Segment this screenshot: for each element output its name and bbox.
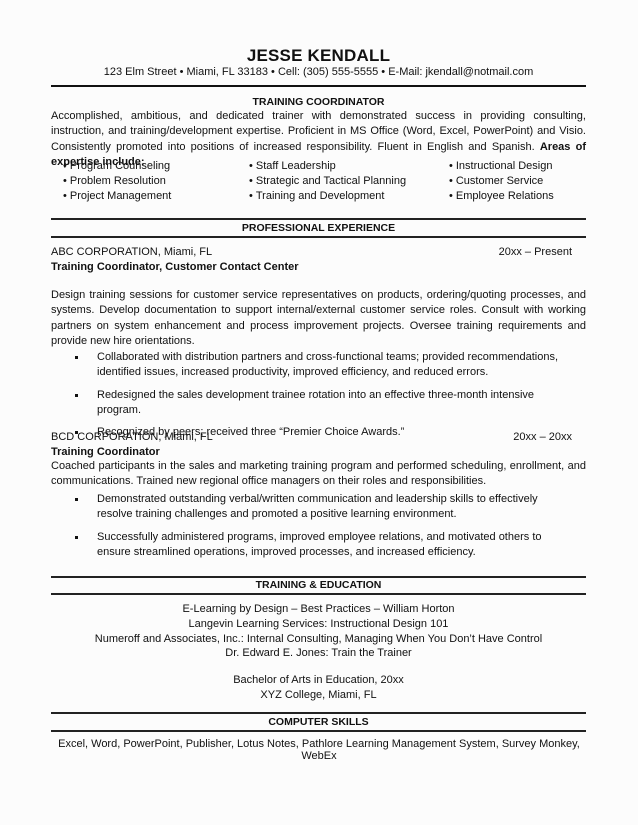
- expertise-column: Program Counseling Problem Resolution Pr…: [63, 159, 171, 205]
- candidate-name: JESSE KENDALL: [51, 46, 586, 66]
- expertise-item: Instructional Design: [449, 159, 554, 174]
- achievement-item: Demonstrated outstanding verbal/written …: [73, 492, 573, 523]
- job-company: ABC CORPORATION, Miami, FL: [51, 246, 212, 258]
- skills-title: COMPUTER SKILLS: [51, 716, 586, 728]
- training-item: Numeroff and Associates, Inc.: Internal …: [51, 632, 586, 647]
- training-list: E-Learning by Design – Best Practices – …: [51, 602, 586, 661]
- summary-text: Accomplished, ambitious, and dedicated t…: [51, 110, 586, 153]
- achievement-item: Collaborated with distribution partners …: [73, 350, 573, 381]
- experience-title: PROFESSIONAL EXPERIENCE: [51, 222, 586, 234]
- expertise-item: Staff Leadership: [249, 159, 406, 174]
- job-dates: 20xx – 20xx: [513, 431, 572, 443]
- job-role: Training Coordinator: [51, 446, 160, 458]
- section-rule-bottom: [51, 730, 586, 732]
- training-item: E-Learning by Design – Best Practices – …: [51, 602, 586, 617]
- job-company: BCD CORPORATION, Miami, FL: [51, 431, 213, 443]
- section-rule-bottom: [51, 236, 586, 238]
- job-achievements: Demonstrated outstanding verbal/written …: [73, 492, 573, 567]
- expertise-item: Problem Resolution: [63, 174, 171, 189]
- expertise-column: Instructional Design Customer Service Em…: [449, 159, 554, 205]
- degree-block: Bachelor of Arts in Education, 20xx XYZ …: [51, 673, 586, 703]
- expertise-item: Program Counseling: [63, 159, 171, 174]
- contact-line: 123 Elm Street • Miami, FL 33183 • Cell:…: [51, 66, 586, 78]
- education-title: TRAINING & EDUCATION: [51, 579, 586, 591]
- school: XYZ College, Miami, FL: [51, 688, 586, 703]
- job-description: Coached participants in the sales and ma…: [51, 459, 586, 490]
- section-rule-top: [51, 576, 586, 578]
- skills-list: Excel, Word, PowerPoint, Publisher, Lotu…: [49, 738, 589, 762]
- expertise-item: Training and Development: [249, 189, 406, 204]
- achievement-item: Successfully administered programs, impr…: [73, 530, 573, 561]
- degree: Bachelor of Arts in Education, 20xx: [51, 673, 586, 688]
- training-item: Dr. Edward E. Jones: Train the Trainer: [51, 646, 586, 661]
- training-item: Langevin Learning Services: Instructiona…: [51, 617, 586, 632]
- expertise-column: Staff Leadership Strategic and Tactical …: [249, 159, 406, 205]
- section-rule-top: [51, 218, 586, 220]
- expertise-item: Employee Relations: [449, 189, 554, 204]
- header-divider: [51, 85, 586, 87]
- expertise-item: Customer Service: [449, 174, 554, 189]
- expertise-item: Strategic and Tactical Planning: [249, 174, 406, 189]
- section-rule-top: [51, 712, 586, 714]
- job-role: Training Coordinator, Customer Contact C…: [51, 261, 299, 273]
- job-description: Design training sessions for customer se…: [51, 288, 586, 349]
- section-rule-bottom: [51, 593, 586, 595]
- expertise-item: Project Management: [63, 189, 171, 204]
- job-dates: 20xx – Present: [499, 246, 572, 258]
- summary-title: TRAINING COORDINATOR: [51, 96, 586, 108]
- achievement-item: Redesigned the sales development trainee…: [73, 388, 573, 419]
